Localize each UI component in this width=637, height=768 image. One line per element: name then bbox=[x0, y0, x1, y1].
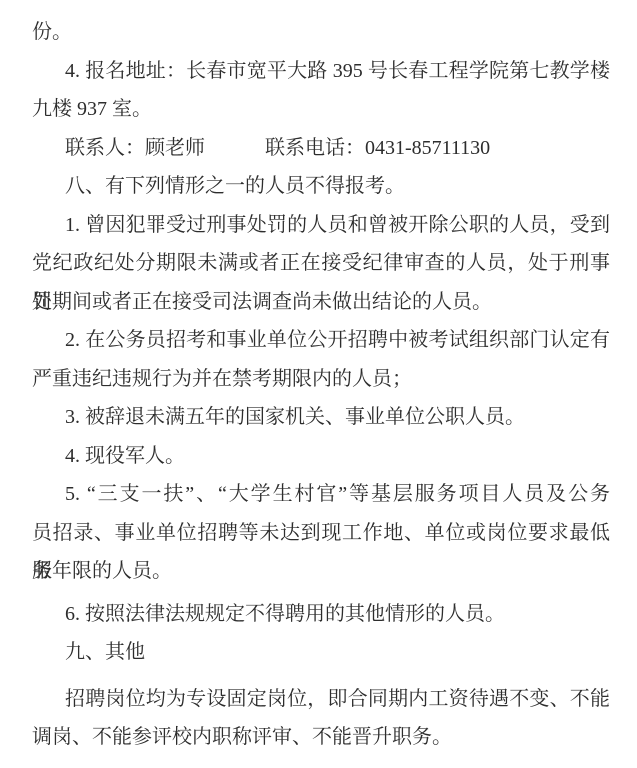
rule-1-cont: 党纪政纪处分期限未满或者正在接受纪律审查的人员，处于刑事处 bbox=[32, 244, 610, 283]
rule-2: 2. 在公务员招考和事业单位公开招聘中被考试组织部门认定有 bbox=[32, 321, 610, 360]
paragraph-continuation: 份。 bbox=[32, 13, 610, 52]
rule-6: 6. 按照法律法规规定不得聘用的其他情形的人员。 bbox=[32, 595, 610, 634]
rule-5-cont-2: 务年限的人员。 bbox=[32, 552, 610, 591]
scanned-document-page: 份。4. 报名地址：长春市宽平大路 395 号长春工程学院第七教学楼九楼 937… bbox=[0, 0, 637, 768]
rule-4: 4. 现役军人。 bbox=[32, 437, 610, 476]
section-8-heading: 八、有下列情形之一的人员不得报考。 bbox=[32, 167, 610, 206]
registration-address-cont: 九楼 937 室。 bbox=[32, 90, 610, 129]
document-body: 份。4. 报名地址：长春市宽平大路 395 号长春工程学院第七教学楼九楼 937… bbox=[32, 13, 610, 757]
contact-info: 联系人：顾老师 联系电话：0431-85711130 bbox=[32, 129, 610, 168]
registration-address: 4. 报名地址：长春市宽平大路 395 号长春工程学院第七教学楼 bbox=[32, 52, 610, 91]
rule-1: 1. 曾因犯罪受过刑事处罚的人员和曾被开除公职的人员，受到 bbox=[32, 206, 610, 245]
rule-2-cont: 严重违纪违规行为并在禁考期限内的人员； bbox=[32, 360, 610, 399]
rule-5: 5. “三支一扶”、“大学生村官”等基层服务项目人员及公务 bbox=[32, 475, 610, 514]
rule-3: 3. 被辞退未满五年的国家机关、事业单位公职人员。 bbox=[32, 398, 610, 437]
rule-5-cont: 员招录、事业单位招聘等未达到现工作地、单位或岗位要求最低服 bbox=[32, 514, 610, 553]
rule-1-cont-2: 罚期间或者正在接受司法调查尚未做出结论的人员。 bbox=[32, 283, 610, 322]
section-9-heading: 九、其他 bbox=[32, 633, 610, 672]
other-note: 招聘岗位均为专设固定岗位，即合同期内工资待遇不变、不能 bbox=[32, 680, 610, 719]
other-note-cont: 调岗、不能参评校内职称评审、不能晋升职务。 bbox=[32, 718, 610, 757]
